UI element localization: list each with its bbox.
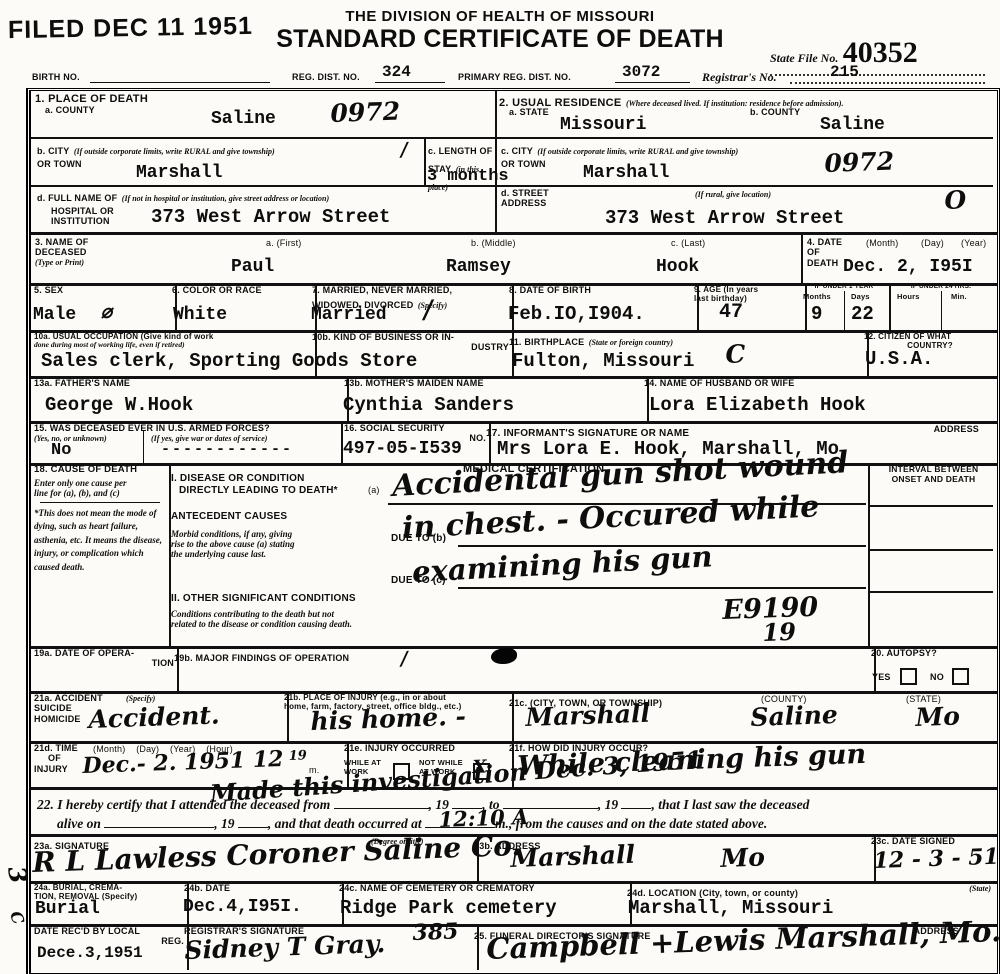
antecedent-label: ANTECEDENT CAUSES [171, 511, 287, 523]
pod-county-value: Saline [211, 109, 276, 129]
age-label2: last birthday) [694, 294, 802, 303]
name-label3: (Type or Print) [35, 258, 89, 267]
row-forces-ssn-informant: 15. WAS DECEASED EVER IN U.S. ARMED FORC… [31, 421, 997, 466]
disease-label2: DIRECTLY LEADING TO DEATH* [179, 485, 338, 497]
injury-city-county-state-field: 21c. (CITY, TOWN, OR TOWNSHIP) (COUNTY) … [506, 691, 999, 741]
cemetery-field: 24c. NAME OF CEMETERY OR CREMATORY Ridge… [336, 881, 632, 924]
registrar-code-handwriting: 385 [412, 918, 459, 946]
autopsy-yes-checkbox [900, 668, 917, 685]
pod-city-value: Marshall [136, 163, 222, 183]
spouse-field: 14. NAME OF HUSBAND OR WIFE Lora Elizabe… [641, 376, 999, 421]
ink-blot [491, 648, 517, 664]
death-certificate-scan: FILED DEC 11 1951 THE DIVISION OF HEALTH… [0, 0, 1000, 974]
disease-a-tag: (a) [368, 485, 380, 495]
sex-value: Male [33, 305, 76, 325]
name-middle-value: Ramsey [446, 257, 511, 277]
burial-location-value: Marshall, Missouri [628, 897, 833, 919]
dod-label1: 4. DATE [807, 237, 842, 247]
date-signed-handwriting: 12 - 3 - 51 [873, 844, 999, 874]
race-field: 6. COLOR OR RACE White [169, 283, 317, 330]
other-note1: Conditions contributing to the death but… [171, 609, 352, 619]
dob-field: 8. DATE OF BIRTH Feb.IO,I904. [506, 283, 699, 330]
race-label: 6. COLOR OR RACE [172, 285, 312, 295]
age-days-label: Days [851, 293, 870, 302]
certify-frag4: , 19 [598, 797, 618, 812]
disease-label1: I. DISEASE OR CONDITION [171, 473, 338, 485]
interval-label2: ONSET AND DEATH [871, 475, 996, 485]
row-operation: 19a. DATE OF OPERA- TION 19b. MAJOR FIND… [31, 646, 997, 694]
registrar-signature-field: REGISTRAR'S SIGNATURE Sidney T Gray. 385 [181, 924, 479, 970]
pod-or-town-label: OR TOWN [37, 159, 417, 169]
cod-note3: *This does not mean the mode of dying, s… [34, 507, 166, 575]
res-state-label: a. STATE [509, 107, 549, 117]
row-registration: DATE REC'D BY LOCAL REG. Dece.3,1951 REG… [31, 924, 997, 970]
age-under1-label: IF UNDER 1 YEAR [799, 283, 889, 290]
age-label1: 9. AGE (In years [694, 285, 802, 294]
injury-city-handwriting: Marshall [525, 699, 650, 732]
sex-label: 5. SEX [34, 285, 172, 295]
burial-date-field: 24b. DATE Dec.4,I95I. [181, 881, 344, 924]
res-county-label: b. COUNTY [750, 107, 800, 117]
mother-value: Cynthia Sanders [343, 394, 514, 416]
name-label1: 3. NAME OF [35, 237, 89, 247]
place-injury-label1: 21b. PLACE OF INJURY (e.g., in or about [284, 693, 509, 702]
injury-county-handwriting: Saline [750, 700, 838, 732]
autopsy-field: 20. AUTOPSY? YES NO [868, 646, 999, 691]
autopsy-no-checkbox [952, 668, 969, 685]
row-parents: 13a. FATHER'S NAME George W.Hook 13b. MO… [31, 376, 997, 424]
occurred-label: 21e. INJURY OCCURRED [344, 743, 509, 753]
burial-label1: 24a. BURIAL, CREMA- [34, 883, 184, 892]
name-last-label: c. (Last) [671, 238, 705, 248]
cause-of-death-notes: 18. CAUSE OF DEATH Enter only one cause … [31, 463, 171, 646]
burial-type-field: 24a. BURIAL, CREMA- TION, REMOVAL (Speci… [31, 881, 189, 924]
funeral-director-field: 25. FUNERAL DIRECTOR'S SIGNATURE ADDRESS… [471, 924, 999, 970]
father-value: George W.Hook [45, 394, 193, 416]
spouse-label: 14. NAME OF HUSBAND OR WIFE [644, 378, 996, 388]
dod-year-header: (Year) [961, 238, 986, 248]
name-first-value: Paul [231, 257, 274, 277]
dob-value: Feb.IO,I904. [508, 303, 645, 325]
citizen-field: 12. CITIZEN OF WHAT COUNTRY? U.S.A. [861, 330, 999, 376]
pod-city-note: (If outside corporate limits, write RURA… [74, 147, 275, 156]
marital-value: Married [311, 305, 387, 325]
date-signed-field: 23c. DATE SIGNED 12 - 3 - 51 [868, 834, 999, 881]
accident-handwriting: Accident. [88, 700, 220, 734]
res-county-value: Saline [820, 115, 885, 135]
burial-type-value: Burial [35, 899, 100, 919]
registrars-no-label: Registrar's No. [702, 70, 777, 85]
row-sex-age: 5. SEX Male ⌀ 6. COLOR OR RACE White 7. … [31, 283, 997, 333]
cause-line-c-handwriting: examining his gun [411, 539, 713, 589]
res-street-note: (If rural, give location) [695, 190, 771, 199]
findings-slash-mark: / [400, 648, 408, 670]
pod-inst-note: (If not in hospital or institution, give… [122, 194, 329, 203]
cod-note1: Enter only one cause per [34, 478, 166, 488]
primary-reg-dist-label: PRIMARY REG. DIST. NO. [458, 72, 571, 82]
dod-value: Dec. 2, I95I [843, 257, 973, 277]
sex-field: 5. SEX Male ⌀ [31, 283, 177, 330]
name-first-label: a. (First) [266, 238, 302, 248]
signature-address-state-handwriting: Mo [720, 842, 765, 873]
medical-certification-area: MEDICAL CERTIFICATION I. DISEASE OR COND… [163, 463, 870, 646]
place-injury-handwriting: his home. - [310, 702, 466, 736]
dod-label3: DEATH [807, 258, 842, 268]
birthplace-value: Fulton, Missouri [512, 350, 694, 372]
citizen-label1: 12. CITIZEN OF WHAT [864, 332, 996, 341]
autopsy-no-label: NO [930, 672, 944, 682]
findings-label: 19b. MAJOR FINDINGS OF OPERATION [174, 653, 349, 663]
birthplace-handwritten-mark: C [725, 339, 746, 369]
res-city-code-handwritten: 0972 [824, 147, 895, 178]
accident-suicide-homicide-field: 21a. ACCIDENT SUICIDE HOMICIDE (Specify)… [31, 691, 289, 741]
marital-label1: 7. MARRIED, NEVER MARRIED, [312, 285, 509, 295]
dod-day-header: (Day) [921, 238, 944, 248]
res-state-value: Missouri [560, 115, 646, 135]
occupation-label2: done during most of working life, even i… [34, 341, 312, 350]
age-months-label: Months [803, 293, 831, 302]
signature-field: 23a. SIGNATURE (Degree or title) R L Law… [31, 834, 479, 881]
burial-date-label: 24b. DATE [184, 883, 339, 893]
certify-frag6: alive on [57, 816, 101, 831]
pod-township-mark: / [400, 139, 408, 161]
birthplace-note: (State or foreign country) [589, 338, 673, 347]
form-title-block: THE DIVISION OF HEALTH OF MISSOURI STAND… [250, 8, 750, 54]
death-time-handwriting: 12:10 A [438, 804, 529, 832]
dod-label2: OF [807, 247, 842, 257]
registrar-signature-handwriting: Sidney T Gray. [184, 929, 386, 965]
autopsy-label: 20. AUTOPSY? [871, 648, 996, 658]
age-value: 47 [719, 301, 743, 324]
burial-location-state-note: (State) [969, 884, 991, 893]
certify-frag8: , and that death occurred at [268, 816, 422, 831]
age-min-label: Min. [951, 293, 967, 302]
marital-field: 7. MARRIED, NEVER MARRIED, WIDOWED, DIVO… [309, 283, 514, 330]
armed-forces-dashes: ------------ [161, 441, 293, 458]
residence-title-note: (Where deceased lived. If institution: r… [626, 99, 844, 108]
morbid-note2: rise to the above cause (a) stating [171, 539, 295, 549]
informant-address-label: ADDRESS [934, 424, 979, 434]
cod-label: 18. CAUSE OF DEATH [34, 465, 166, 476]
father-field: 13a. FATHER'S NAME George W.Hook [31, 376, 349, 421]
occupation-value: Sales clerk, Sporting Goods Store [41, 350, 417, 372]
age-days-value: 22 [851, 303, 874, 325]
cause-code2-handwriting: 19 [762, 617, 796, 647]
name-middle-label: b. (Middle) [471, 238, 516, 248]
place-of-death-section: 1. PLACE OF DEATH a. COUNTY Saline 0972 … [31, 91, 497, 232]
pod-county-code-handwritten: 0972 [330, 97, 401, 128]
armed-forces-label: 15. WAS DECEASED EVER IN U.S. ARMED FORC… [31, 421, 341, 433]
time-handwriting: Dec.- 2. 1951 12 [82, 746, 284, 779]
res-city-value: Marshall [583, 163, 669, 183]
registrars-no: 215 [830, 63, 859, 81]
major-findings-field: 19b. MAJOR FINDINGS OF OPERATION / [171, 646, 876, 691]
certify-frag5: , that I last saw the deceased [651, 797, 809, 812]
autopsy-yes-label: YES [872, 672, 891, 682]
other-conditions-title: II. OTHER SIGNIFICANT CONDITIONS [171, 593, 356, 605]
filed-date-stamp: FILED DEC 11 1951 [8, 12, 253, 45]
dept-line: THE DIVISION OF HEALTH OF MISSOURI [250, 8, 750, 25]
birthplace-field: 11. BIRTHPLACE (State or foreign country… [506, 330, 869, 376]
reg-dist-label: REG. DIST. NO. [292, 72, 360, 82]
signature-address-city-handwriting: Marshall [510, 840, 635, 873]
cemetery-value: Ridge Park cemetery [340, 897, 557, 919]
interval-column: INTERVAL BETWEEN ONSET AND DEATH [868, 463, 999, 646]
mother-field: 13b. MOTHER'S MAIDEN NAME Cynthia Sander… [341, 376, 649, 421]
father-label: 13a. FATHER'S NAME [34, 378, 344, 388]
marital-handwritten-mark: / [423, 295, 433, 324]
recd-date-value: Dece.3,1951 [37, 944, 143, 962]
armed-forces-field: 15. WAS DECEASED EVER IN U.S. ARMED FORC… [31, 421, 343, 463]
other-note2: related to the disease or condition caus… [171, 619, 352, 629]
certify-frag7: , 19 [214, 816, 234, 831]
pod-inst-value: 373 West Arrow Street [151, 206, 390, 228]
coroner-signature-handwriting: R L Lawless Coroner Saline Co. [32, 829, 522, 879]
cod-note2: line for (a), (b), and (c) [34, 488, 166, 498]
operation-date-label1: 19a. DATE OF OPERA- [34, 648, 174, 658]
res-city-label: c. CITY [501, 146, 533, 156]
ssn-field: 16. SOCIAL SECURITY NO. 497-05-I539 [341, 421, 491, 463]
row-signature: 23a. SIGNATURE (Degree or title) R L Law… [31, 834, 997, 884]
age-under24-label: IF UNDER 24 HRS. [889, 283, 993, 290]
age-under24-field: IF UNDER 24 HRS. Hours Min. [889, 283, 993, 330]
res-street-code-handwritten: O [944, 185, 967, 215]
race-value: White [173, 305, 227, 325]
pod-county-label: a. COUNTY [45, 105, 148, 115]
cemetery-label: 24c. NAME OF CEMETERY OR CREMATORY [339, 883, 627, 893]
row-name-dod: 3. NAME OF DECEASED (Type or Print) a. (… [31, 235, 997, 286]
morbid-note3: the underlying cause last. [171, 549, 295, 559]
place-of-death-title: 1. PLACE OF DEATH [35, 93, 148, 105]
operation-date-label2: TION [34, 658, 174, 668]
ssn-label1: 16. SOCIAL SECURITY [344, 423, 486, 433]
burial-date-value: Dec.4,I95I. [183, 897, 302, 917]
citizen-value: U.S.A. [865, 348, 933, 370]
morbid-note1: Morbid conditions, if any, giving [171, 529, 295, 539]
name-last-value: Hook [656, 257, 699, 277]
mother-label: 13b. MOTHER'S MAIDEN NAME [344, 378, 644, 388]
res-street-label2: ADDRESS [501, 198, 549, 208]
age-months-value: 9 [811, 303, 822, 325]
res-street-label1: d. STREET [501, 188, 549, 198]
place-of-injury-field: 21b. PLACE OF INJURY (e.g., in or about … [281, 691, 514, 741]
age-field: 9. AGE (In years last birthday) 47 [691, 283, 807, 330]
dob-label: 8. DATE OF BIRTH [509, 285, 694, 295]
ssn-value: 497-05-I539 [343, 439, 462, 459]
recd-label1: DATE REC'D BY LOCAL [34, 926, 184, 936]
name-label2: DECEASED [35, 247, 89, 257]
time-sup-handwriting: 19 [288, 748, 307, 764]
page-title: STANDARD CERTIFICATE OF DEATH [250, 25, 750, 54]
row-place-residence: 1. PLACE OF DEATH a. COUNTY Saline 0972 … [31, 91, 997, 235]
res-city-note: (If outside corporate limits, write RURA… [537, 147, 738, 156]
birthplace-label: 11. BIRTHPLACE [509, 337, 584, 347]
injury-state-handwriting: Mo [915, 701, 960, 732]
res-street-value: 373 West Arrow Street [605, 207, 844, 229]
sex-handwritten-mark: ⌀ [100, 301, 112, 323]
certificate-body: 1. PLACE OF DEATH a. COUNTY Saline 0972 … [26, 88, 1000, 974]
date-received-field: DATE REC'D BY LOCAL REG. Dece.3,1951 [31, 924, 189, 970]
date-of-operation-field: 19a. DATE OF OPERA- TION [31, 646, 179, 691]
registration-numbers-row: BIRTH NO. REG. DIST. NO. 324 PRIMARY REG… [30, 62, 990, 88]
usual-residence-section: 2. USUAL RESIDENCE (Where deceased lived… [495, 91, 993, 232]
age-hours-label: Hours [897, 293, 920, 302]
birth-no-label: BIRTH NO. [32, 72, 80, 82]
pod-inst-label1: d. FULL NAME OF [37, 193, 117, 203]
margin-mark: C [6, 909, 28, 927]
pod-city-label: b. CITY [37, 146, 69, 156]
armed-forces-value: No [51, 441, 71, 460]
row-injury-abc: 21a. ACCIDENT SUICIDE HOMICIDE (Specify)… [31, 691, 997, 744]
business-label1: 10b. KIND OF BUSINESS OR IN- [312, 332, 509, 342]
dod-month-header: (Month) [866, 238, 898, 248]
row-medical-certification: 18. CAUSE OF DEATH Enter only one cause … [31, 463, 997, 649]
certify-frag9: m., from the causes and on the date stat… [495, 816, 767, 831]
signature-address-field: 23b. ADDRESS Marshall Mo [471, 834, 876, 881]
age-under1-field: IF UNDER 1 YEAR Months Days 9 22 [799, 283, 891, 330]
row-occupation: 10a. USUAL OCCUPATION (Give kind of work… [31, 330, 997, 379]
spouse-value: Lora Elizabeth Hook [649, 394, 866, 416]
